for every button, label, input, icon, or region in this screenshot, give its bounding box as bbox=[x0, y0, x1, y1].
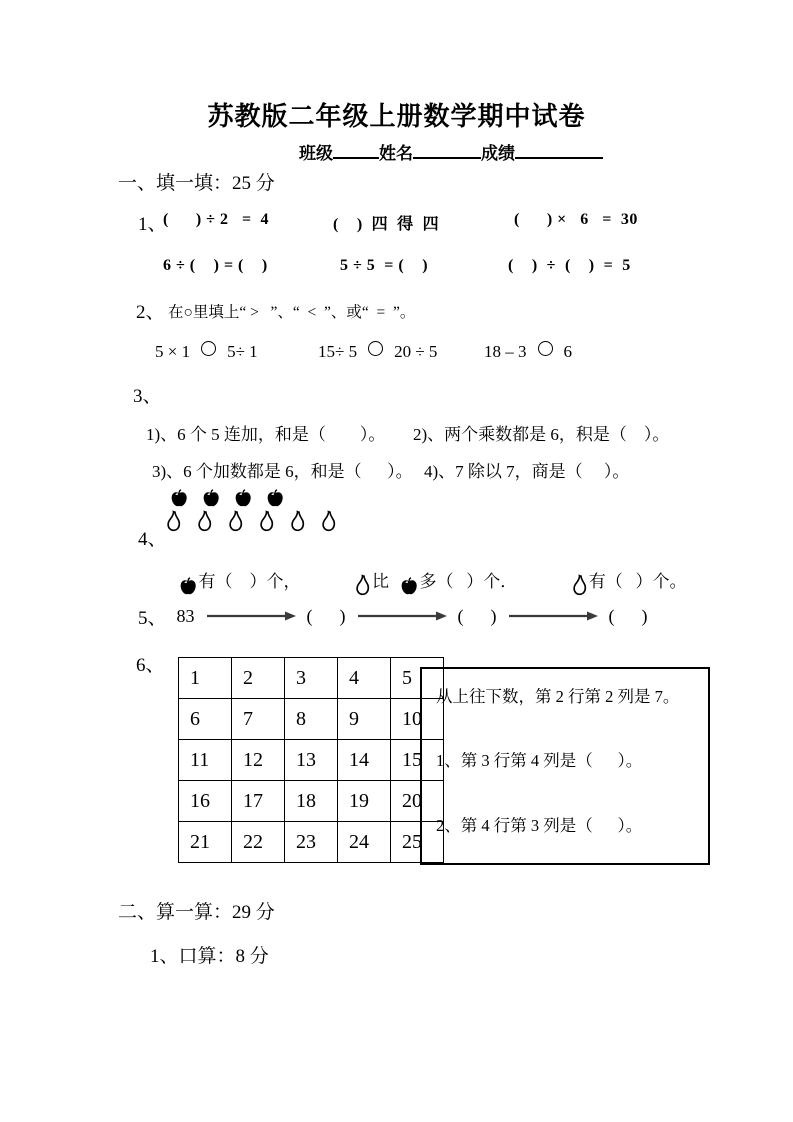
comparison-circle bbox=[201, 341, 216, 356]
grid-cell: 22 bbox=[232, 822, 285, 863]
q6-label: 6、 bbox=[136, 650, 165, 677]
class-label: 班级 bbox=[299, 144, 333, 163]
q3-item: 3)、6 个加数都是 6，和是（ ）。 bbox=[152, 457, 413, 482]
grid-cell: 7 bbox=[232, 699, 285, 740]
pear-row bbox=[164, 510, 338, 535]
grid-cell: 1 bbox=[179, 658, 232, 699]
score-blank bbox=[515, 142, 603, 159]
q6-box-line: 从上往下数，第 2 行第 2 列是 7。 bbox=[436, 683, 679, 707]
q4-phrase: 比 多（ ）个． bbox=[345, 554, 518, 604]
comparison-circle bbox=[538, 341, 553, 356]
q4-sentence: 有（ ）个， 比 多（ ）个． 有（ ）个。 bbox=[168, 554, 687, 604]
section2-heading: 二、算一算：29 分 bbox=[118, 897, 275, 924]
pear-icon bbox=[257, 510, 276, 535]
name-blank bbox=[413, 142, 481, 159]
arrow-icon bbox=[205, 610, 297, 622]
q6-box-line: 1、第 3 行第 4 列是（ ）。 bbox=[436, 747, 642, 771]
exam-title: 苏教版二年级上册数学期中试卷 bbox=[0, 96, 793, 133]
grid-cell: 2 bbox=[232, 658, 285, 699]
q1-equation: 5 ÷ 5 = ( ) bbox=[340, 257, 428, 275]
grid-cell: 9 bbox=[338, 699, 391, 740]
grid-cell: 14 bbox=[338, 740, 391, 781]
q1-equation: 6 ÷ ( ) = ( ) bbox=[163, 257, 268, 275]
q4-text: 有（ ）个， bbox=[199, 567, 301, 592]
grid-cell: 3 bbox=[285, 658, 338, 699]
q5-line: 5、 83 ( ) ( ) ( ) bbox=[138, 603, 648, 630]
q3-item: 4)、7 除以 7，商是（ ）。 bbox=[424, 457, 629, 482]
pear-icon bbox=[319, 510, 338, 535]
comparison-right: 20 ÷ 5 bbox=[394, 342, 437, 361]
grid-cell: 12 bbox=[232, 740, 285, 781]
grid-cell: 24 bbox=[338, 822, 391, 863]
q3-item: 2)、两个乘数都是 6，积是（ ）。 bbox=[413, 420, 669, 445]
number-grid: 1234567891011121314151617181920212223242… bbox=[178, 657, 444, 863]
pear-icon bbox=[164, 510, 183, 535]
grid-cell: 23 bbox=[285, 822, 338, 863]
apple-icon bbox=[398, 576, 420, 597]
q5-blank: ( ) bbox=[307, 606, 346, 627]
q6-info-box: 从上往下数，第 2 行第 2 列是 7。 1、第 3 行第 4 列是（ ）。 2… bbox=[420, 667, 710, 865]
q1-equation: ( ) ÷ ( ) = 5 bbox=[508, 257, 631, 275]
comparison-circle bbox=[368, 341, 383, 356]
q2-instruction: 在○里填上“ > ”、“ < ”、或“ = ”。 bbox=[168, 300, 415, 322]
grid-cell: 6 bbox=[179, 699, 232, 740]
q3-label: 3、 bbox=[133, 381, 162, 408]
pear-icon bbox=[195, 510, 214, 535]
section2-sub-heading: 1、口算：8 分 bbox=[150, 941, 269, 968]
grid-cell: 8 bbox=[285, 699, 338, 740]
comparison-item: 15÷ 520 ÷ 5 bbox=[318, 341, 437, 362]
apple-row bbox=[168, 488, 286, 509]
pear-icon bbox=[288, 510, 307, 535]
pear-icon bbox=[570, 574, 589, 599]
q3-item: 1)、6 个 5 连加，和是（ ）。 bbox=[146, 420, 385, 445]
grid-row: 2122232425 bbox=[179, 822, 444, 863]
grid-row: 678910 bbox=[179, 699, 444, 740]
grid-row: 1617181920 bbox=[179, 781, 444, 822]
score-label: 成绩 bbox=[481, 144, 515, 163]
grid-cell: 17 bbox=[232, 781, 285, 822]
apple-icon bbox=[200, 488, 222, 509]
q6-box-line: 2、第 4 行第 3 列是（ ）。 bbox=[436, 812, 642, 836]
q4-text: 多（ ）个． bbox=[420, 567, 518, 592]
grid-cell: 13 bbox=[285, 740, 338, 781]
comparison-left: 15÷ 5 bbox=[318, 342, 357, 361]
q4-phrase: 有（ ）个， bbox=[168, 556, 301, 602]
arrow-icon bbox=[356, 610, 448, 622]
q1-equation: ( ) 四 得 四 bbox=[333, 211, 439, 234]
grid-cell: 16 bbox=[179, 781, 232, 822]
comparison-left: 5 × 1 bbox=[155, 342, 190, 361]
apple-icon bbox=[264, 488, 286, 509]
comparison-left: 18 – 3 bbox=[484, 342, 527, 361]
q5-blank: ( ) bbox=[458, 606, 497, 627]
q4-text: 比 bbox=[372, 567, 389, 592]
q4-phrase: 有（ ）个。 bbox=[561, 554, 686, 604]
q4-text: 有（ ）个。 bbox=[589, 567, 687, 592]
apple-icon bbox=[168, 488, 190, 509]
grid-cell: 4 bbox=[338, 658, 391, 699]
q5-start-number: 83 bbox=[177, 606, 195, 627]
grid-cell: 18 bbox=[285, 781, 338, 822]
q1-equation: ( ) × 6 = 30 bbox=[514, 211, 638, 229]
apple-icon bbox=[177, 576, 199, 597]
grid-row: 12345 bbox=[179, 658, 444, 699]
name-label: 姓名 bbox=[379, 144, 413, 163]
q5-blank: ( ) bbox=[609, 606, 648, 627]
grid-cell: 11 bbox=[179, 740, 232, 781]
apple-icon bbox=[232, 488, 254, 509]
comparison-item: 5 × 15÷ 1 bbox=[155, 341, 258, 362]
class-blank bbox=[333, 142, 379, 159]
exam-paper-page: 苏教版二年级上册数学期中试卷 班级姓名成绩 一、填一填：25 分 1、 ( ) … bbox=[0, 0, 793, 1122]
comparison-right: 6 bbox=[564, 342, 573, 361]
grid-cell: 19 bbox=[338, 781, 391, 822]
comparison-right: 5÷ 1 bbox=[227, 342, 258, 361]
grid-cell: 21 bbox=[179, 822, 232, 863]
arrow-icon bbox=[507, 610, 599, 622]
q2-label: 2、 bbox=[136, 297, 165, 324]
q1-equation: ( ) ÷ 2 = 4 bbox=[163, 211, 269, 229]
comparison-item: 18 – 36 bbox=[484, 341, 572, 362]
q4-label: 4、 bbox=[138, 524, 167, 551]
grid-row: 1112131415 bbox=[179, 740, 444, 781]
q5-label: 5、 bbox=[138, 603, 167, 630]
pear-icon bbox=[226, 510, 245, 535]
pear-icon bbox=[353, 574, 372, 599]
student-info-line: 班级姓名成绩 bbox=[299, 139, 603, 164]
section1-heading: 一、填一填：25 分 bbox=[118, 168, 275, 195]
